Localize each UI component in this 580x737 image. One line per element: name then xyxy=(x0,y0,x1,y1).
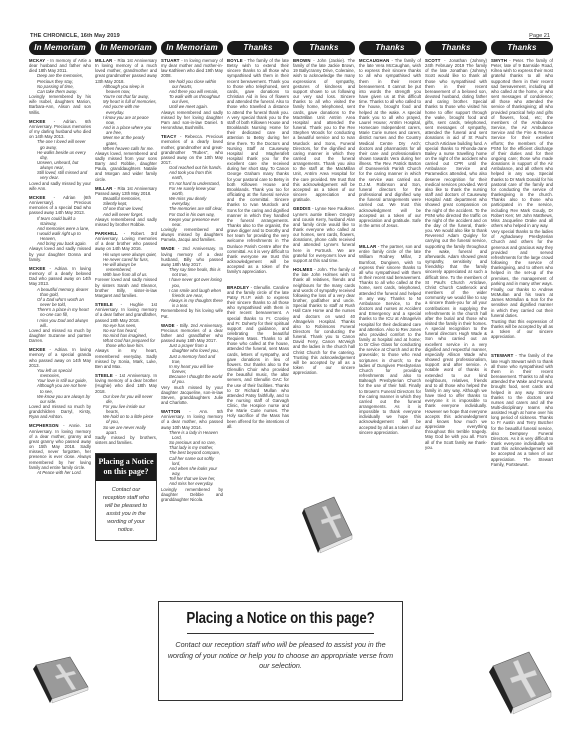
page-number: Page 21 xyxy=(529,33,550,39)
placing-notice-body: Contact our reception staff who will be … xyxy=(159,640,402,672)
placing-notice-title: Placing a Notice on this page? xyxy=(176,609,385,629)
placing-notice-box-large: Placing a Notice on this page? Contact o… xyxy=(158,601,403,701)
masthead: THE CHRONICLE, 16th May 2019 Page 21 xyxy=(30,27,550,39)
bible-with-cross-icon xyxy=(300,495,355,555)
publication-date: THE CHRONICLE, 16th May 2019 xyxy=(30,33,120,39)
bible-with-cross-icon xyxy=(30,655,90,705)
bible-with-cross-icon xyxy=(485,648,555,718)
divider xyxy=(187,633,374,634)
